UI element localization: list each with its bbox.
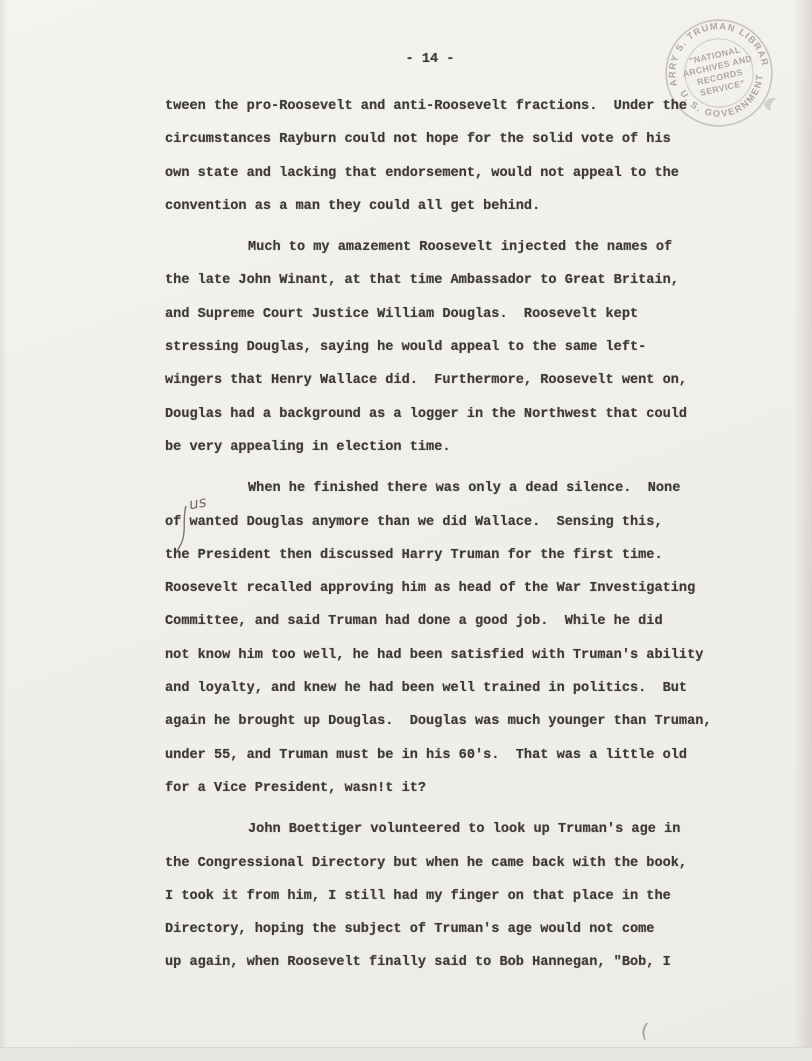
text-line: Roosevelt recalled approving him as head…	[165, 581, 725, 614]
text-line: and loyalty, and knew he had been well t…	[165, 681, 725, 714]
paragraph-3: When he finished there was only a dead s…	[165, 481, 725, 814]
text-line: Much to my amazement Roosevelt injected …	[165, 240, 725, 273]
scan-edge-bottom	[0, 1047, 812, 1061]
text-line: When he finished there was only a dead s…	[165, 481, 725, 514]
handwritten-insertion: us	[188, 493, 208, 514]
text-line: again he brought up Douglas. Douglas was…	[165, 714, 725, 747]
text-line: of wanted Douglas anymore than we did Wa…	[165, 515, 725, 548]
paragraph-1: tween the pro-Roosevelt and anti-Rooseve…	[165, 99, 725, 232]
text-line: under 55, and Truman must be in his 60's…	[165, 748, 725, 781]
paragraph-2: Much to my amazement Roosevelt injected …	[165, 240, 725, 473]
text-line: convention as a man they could all get b…	[165, 199, 725, 232]
scan-edge-right	[794, 0, 812, 1061]
text-line: Committee, and said Truman had done a go…	[165, 614, 725, 647]
text-line: Directory, hoping the subject of Truman'…	[165, 922, 725, 955]
text-line: be very appealing in election time.	[165, 440, 725, 473]
text-line: John Boettiger volunteered to look up Tr…	[165, 822, 725, 855]
text-line: up again, when Roosevelt finally said to…	[165, 955, 725, 988]
text-line: the late John Winant, at that time Ambas…	[165, 273, 725, 306]
text-line: the Congressional Directory but when he …	[165, 856, 725, 889]
document-body: tween the pro-Roosevelt and anti-Rooseve…	[165, 99, 725, 989]
paragraph-4: John Boettiger volunteered to look up Tr…	[165, 822, 725, 988]
scan-edge-left	[0, 0, 7, 1061]
text-line: the President then discussed Harry Truma…	[165, 548, 725, 581]
text-line: own state and lacking that endorsement, …	[165, 166, 725, 199]
page-number: - 14 -	[165, 52, 695, 67]
text-line: wingers that Henry Wallace did. Furtherm…	[165, 373, 725, 406]
text-line: for a Vice President, wasn!t it?	[165, 781, 725, 814]
text-line: Douglas had a background as a logger in …	[165, 407, 725, 440]
text-line: not know him too well, he had been satis…	[165, 648, 725, 681]
document-page: - 14 - HARRY S. TRUMAN LIBRARY U. S. GOV…	[0, 0, 812, 1061]
text-line: circumstances Rayburn could not hope for…	[165, 132, 725, 165]
pencil-mark: (	[640, 1020, 650, 1043]
insertion-caret-icon	[176, 505, 192, 557]
text-line: I took it from him, I still had my finge…	[165, 889, 725, 922]
text-line: tween the pro-Roosevelt and anti-Rooseve…	[165, 99, 725, 132]
text-line: stressing Douglas, saying he would appea…	[165, 340, 725, 373]
text-line: and Supreme Court Justice William Dougla…	[165, 307, 725, 340]
